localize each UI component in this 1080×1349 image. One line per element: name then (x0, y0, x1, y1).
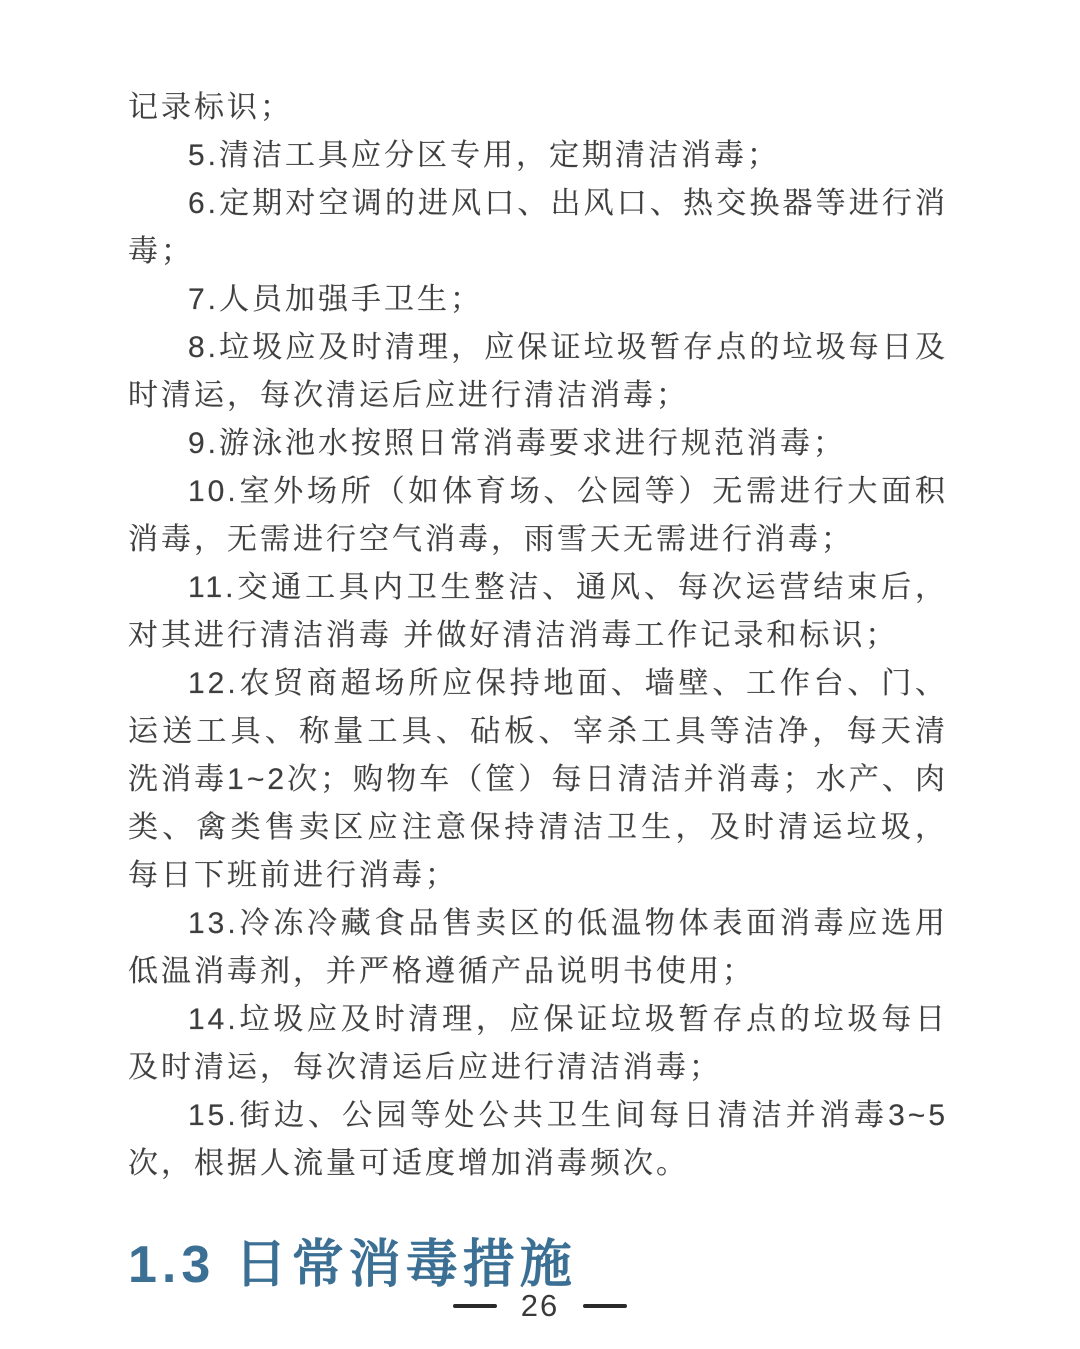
footer-dash-left-icon (453, 1304, 497, 1308)
body-paragraph: 6.定期对空调的进风口、出风口、热交换器等进行消毒； (128, 180, 948, 276)
body-paragraph: 14.垃圾应及时清理，应保证垃圾暂存点的垃圾每日及时清运，每次清运后应进行清洁消… (128, 996, 948, 1092)
page-number: 26 (521, 1290, 559, 1321)
page-footer: 26 (0, 1290, 1080, 1321)
body-paragraph: 12.农贸商超场所应保持地面、墙壁、工作台、门、运送工具、称量工具、砧板、宰杀工… (128, 660, 948, 900)
body-paragraph: 8.垃圾应及时清理，应保证垃圾暂存点的垃圾每日及时清运，每次清运后应进行清洁消毒… (128, 324, 948, 420)
section-heading: 1.3 日常消毒措施 (128, 1234, 1080, 1296)
page-body: 记录标识；5.清洁工具应分区专用，定期清洁消毒；6.定期对空调的进风口、出风口、… (0, 0, 1080, 1188)
body-paragraph: 10.室外场所（如体育场、公园等）无需进行大面积消毒，无需进行空气消毒，雨雪天无… (128, 468, 948, 564)
body-paragraph: 13.冷冻冷藏食品售卖区的低温物体表面消毒应选用低温消毒剂，并严格遵循产品说明书… (128, 900, 948, 996)
document-page: 记录标识；5.清洁工具应分区专用，定期清洁消毒；6.定期对空调的进风口、出风口、… (0, 0, 1080, 1349)
body-paragraph: 9.游泳池水按照日常消毒要求进行规范消毒； (128, 420, 948, 468)
body-paragraph: 11.交通工具内卫生整洁、通风、每次运营结束后，对其进行清洁消毒 并做好清洁消毒… (128, 564, 948, 660)
body-paragraph: 记录标识； (128, 84, 948, 132)
body-paragraph: 5.清洁工具应分区专用，定期清洁消毒； (128, 132, 948, 180)
body-paragraph: 7.人员加强手卫生； (128, 276, 948, 324)
body-paragraph: 15.街边、公园等处公共卫生间每日清洁并消毒3~5次，根据人流量可适度增加消毒频… (128, 1092, 948, 1188)
footer-dash-right-icon (583, 1304, 627, 1308)
